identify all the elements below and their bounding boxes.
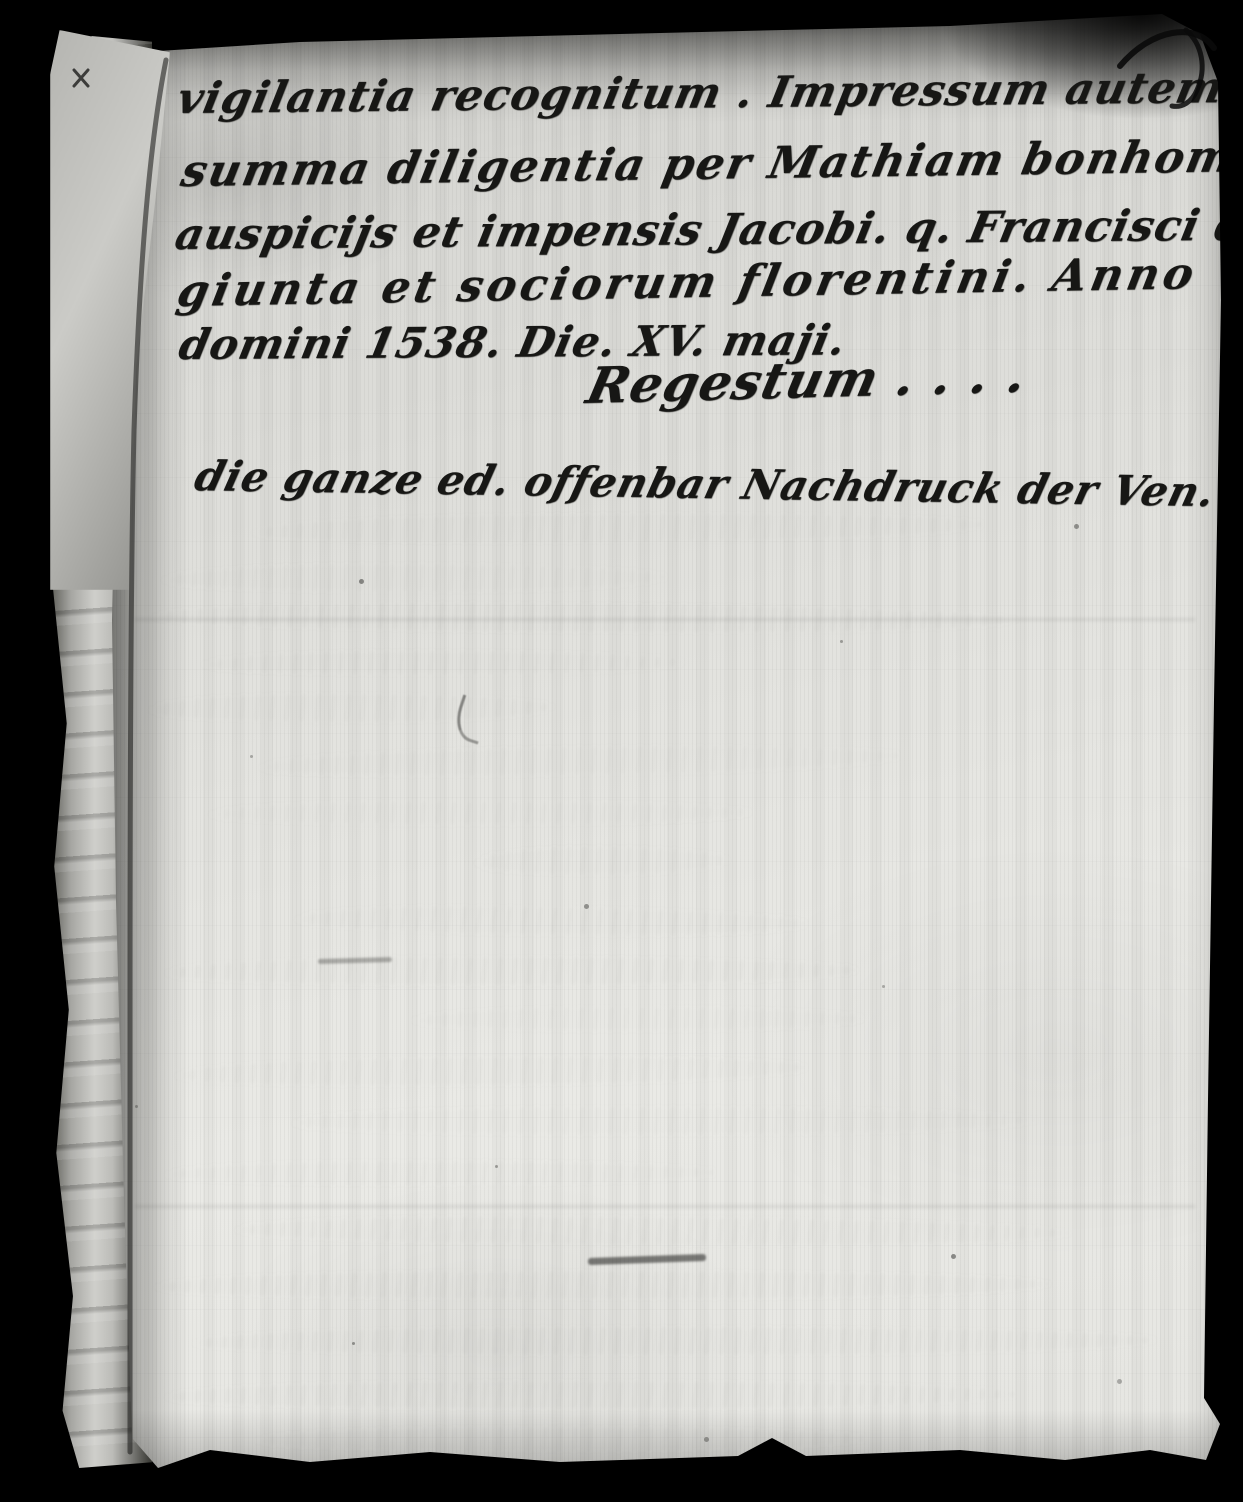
bleedthrough-smudge bbox=[168, 1162, 718, 1184]
handwriting-line-german-note: die ganze ed. offenbar Nachdruck der Ven… bbox=[190, 452, 1243, 518]
bleedthrough-smudge bbox=[255, 512, 985, 543]
bleedthrough-smudge bbox=[168, 958, 858, 984]
handwriting-line-1: vigilantia recognitum . Impressum autem … bbox=[173, 61, 1243, 124]
bleedthrough-smudge bbox=[158, 1272, 1048, 1298]
bleedthrough-smudge bbox=[195, 1328, 1155, 1354]
handwriting-line-regestum: Regestum . . . . bbox=[581, 345, 1033, 415]
bleedthrough-smudge bbox=[238, 1215, 1068, 1247]
ink-dash-mark bbox=[588, 1254, 706, 1265]
bleedthrough-smudge bbox=[295, 1108, 1035, 1134]
bottom-edge-shadow bbox=[0, 1410, 1243, 1502]
bleedthrough-smudge bbox=[262, 744, 902, 779]
bleedthrough-smudge bbox=[258, 1428, 868, 1450]
ink-speckles bbox=[0, 0, 3, 3]
bleedthrough-smudge bbox=[165, 565, 665, 591]
bleedthrough-smudge bbox=[478, 848, 728, 874]
bleedthrough-smudge bbox=[212, 802, 752, 824]
bleedthrough-smudge bbox=[168, 1382, 1018, 1408]
manuscript-page: vigilantia recognitum . Impressum autem … bbox=[0, 0, 1243, 1502]
bleedthrough-smudge bbox=[178, 1055, 808, 1086]
bleedthrough-smudge bbox=[152, 695, 552, 721]
handwriting-line-2: summa diligentia per Mathiam bonhome : bbox=[177, 130, 1243, 197]
scanned-manuscript-page: vigilantia recognitum . Impressum autem … bbox=[0, 0, 1243, 1502]
bleedthrough-smudge bbox=[298, 904, 808, 937]
horizontal-fold-line bbox=[135, 1205, 1195, 1208]
bleedthrough-smudge bbox=[205, 652, 685, 674]
bleedthrough-smudge bbox=[155, 602, 1015, 634]
bleedthrough-smudge bbox=[415, 1008, 865, 1030]
